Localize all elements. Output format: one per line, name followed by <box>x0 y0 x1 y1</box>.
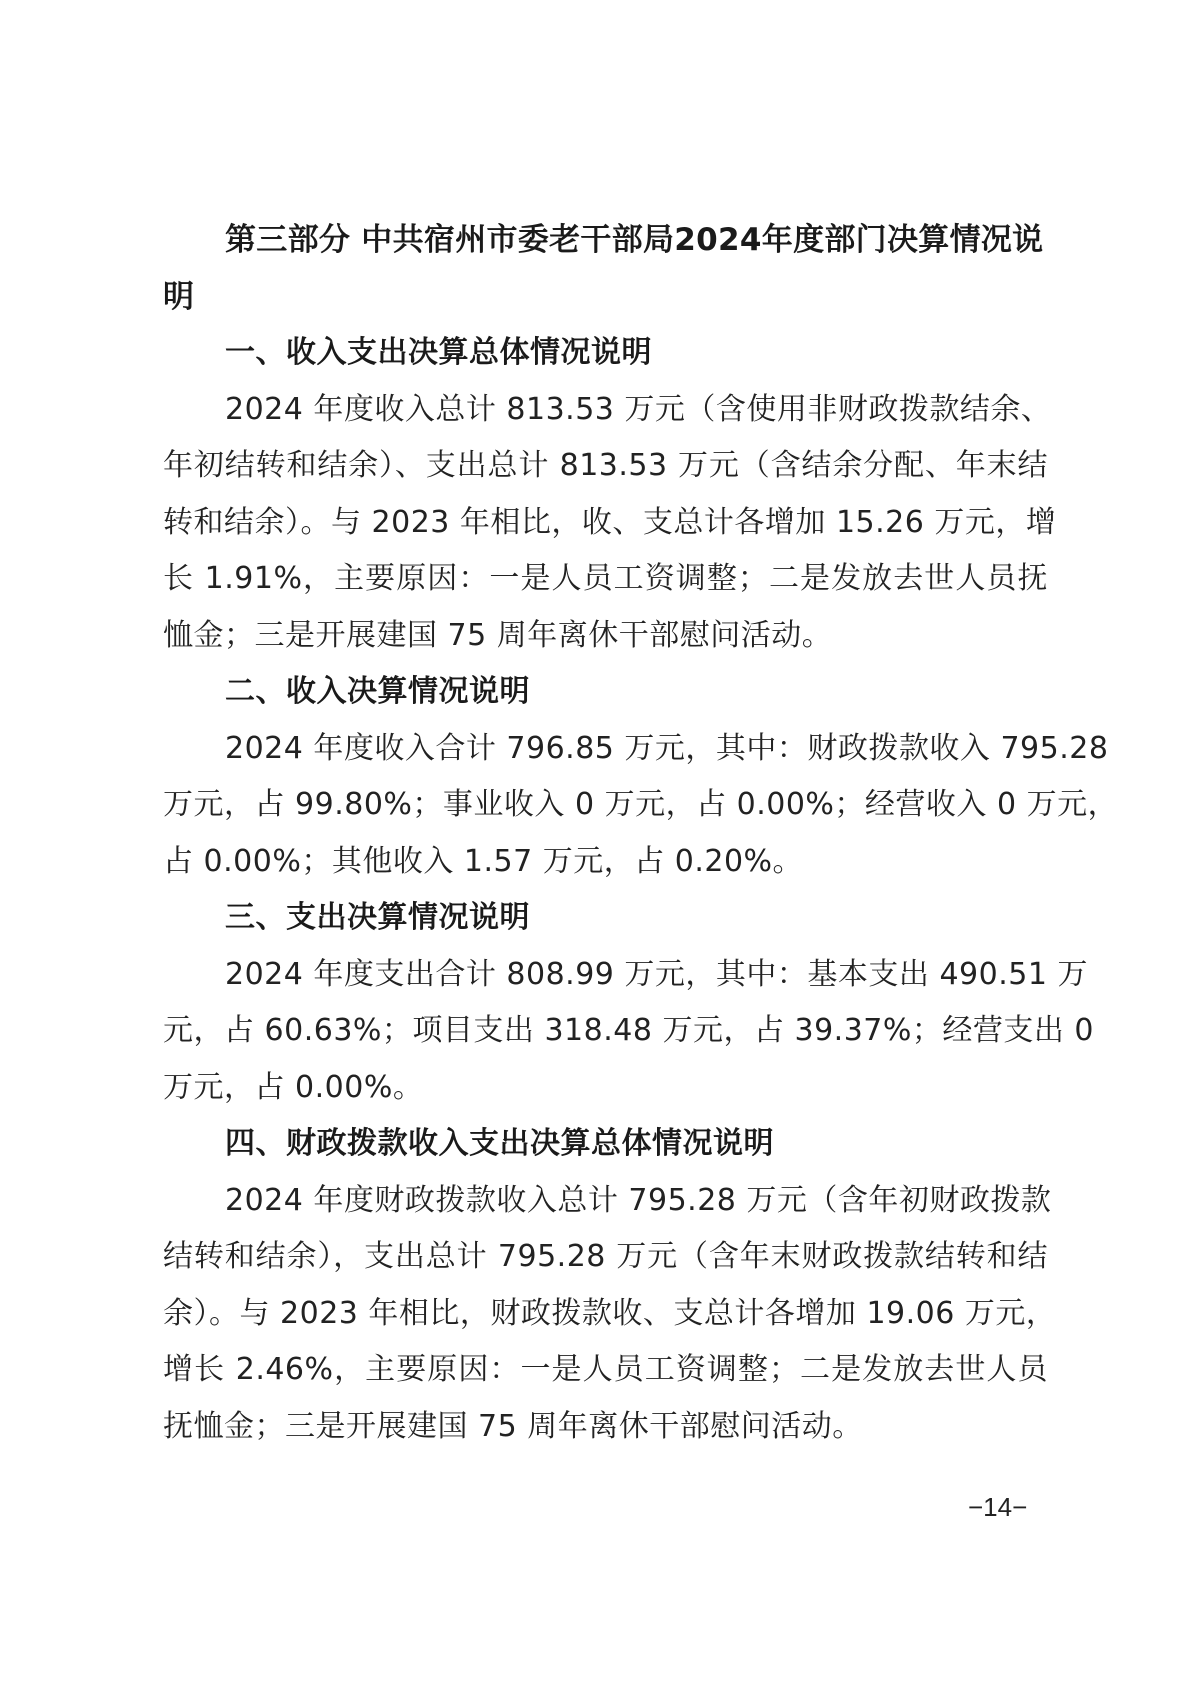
section-heading: 三、支出决算情况说明 <box>163 890 1048 947</box>
page-title-line-2: 明 <box>163 269 1048 326</box>
section-heading: 一、收入支出决算总体情况说明 <box>163 325 1048 382</box>
page-number: −14− <box>968 1492 1027 1523</box>
section-expenditure: 三、支出决算情况说明 2024 年度支出合计 808.99 万元，其中：基本支出… <box>163 890 1048 1116</box>
section-heading: 二、收入决算情况说明 <box>163 664 1048 721</box>
paragraph-line: 2024 年度支出合计 808.99 万元，其中：基本支出 490.51 万 <box>163 947 1048 1004</box>
paragraph-line: 2024 年度财政拨款收入总计 795.28 万元（含年初财政拨款 <box>163 1173 1048 1230</box>
section-fiscal-appropriation: 四、财政拨款收入支出决算总体情况说明 2024 年度财政拨款收入总计 795.2… <box>163 1116 1048 1455</box>
section-heading: 四、财政拨款收入支出决算总体情况说明 <box>163 1116 1048 1173</box>
paragraph-line: 2024 年度收入总计 813.53 万元（含使用非财政拨款结余、 <box>163 382 1048 439</box>
paragraph-line: 万元，占 99.80%；事业收入 0 万元，占 0.00%；经营收入 0 万元， <box>163 777 1048 834</box>
document-page: 第三部分 中共宿州市委老干部局2024年度部门决算情况说 明 一、收入支出决算总… <box>163 212 1048 1455</box>
paragraph-line: 2024 年度收入合计 796.85 万元，其中：财政拨款收入 795.28 <box>163 721 1048 778</box>
paragraph-line: 元，占 60.63%；项目支出 318.48 万元，占 39.37%；经营支出 … <box>163 1003 1048 1060</box>
paragraph-line: 占 0.00%；其他收入 1.57 万元，占 0.20%。 <box>163 834 1048 891</box>
paragraph-line: 万元，占 0.00%。 <box>163 1060 1048 1117</box>
paragraph-line: 恤金；三是开展建国 75 周年离休干部慰问活动。 <box>163 608 1048 665</box>
paragraph-line: 增长 2.46%，主要原因：一是人员工资调整；二是发放去世人员 <box>163 1342 1048 1399</box>
paragraph-line: 抚恤金；三是开展建国 75 周年离休干部慰问活动。 <box>163 1399 1048 1456</box>
paragraph-line: 余）。与 2023 年相比，财政拨款收、支总计各增加 19.06 万元， <box>163 1286 1048 1343</box>
paragraph-line: 长 1.91%，主要原因：一是人员工资调整；二是发放去世人员抚 <box>163 551 1048 608</box>
section-income: 二、收入决算情况说明 2024 年度收入合计 796.85 万元，其中：财政拨款… <box>163 664 1048 890</box>
paragraph-line: 转和结余）。与 2023 年相比，收、支总计各增加 15.26 万元，增 <box>163 495 1048 552</box>
paragraph-line: 年初结转和结余）、支出总计 813.53 万元（含结余分配、年末结 <box>163 438 1048 495</box>
section-overall-income-expenditure: 一、收入支出决算总体情况说明 2024 年度收入总计 813.53 万元（含使用… <box>163 325 1048 664</box>
page-title-line-1: 第三部分 中共宿州市委老干部局2024年度部门决算情况说 <box>163 212 1048 269</box>
paragraph-line: 结转和结余），支出总计 795.28 万元（含年末财政拨款结转和结 <box>163 1229 1048 1286</box>
